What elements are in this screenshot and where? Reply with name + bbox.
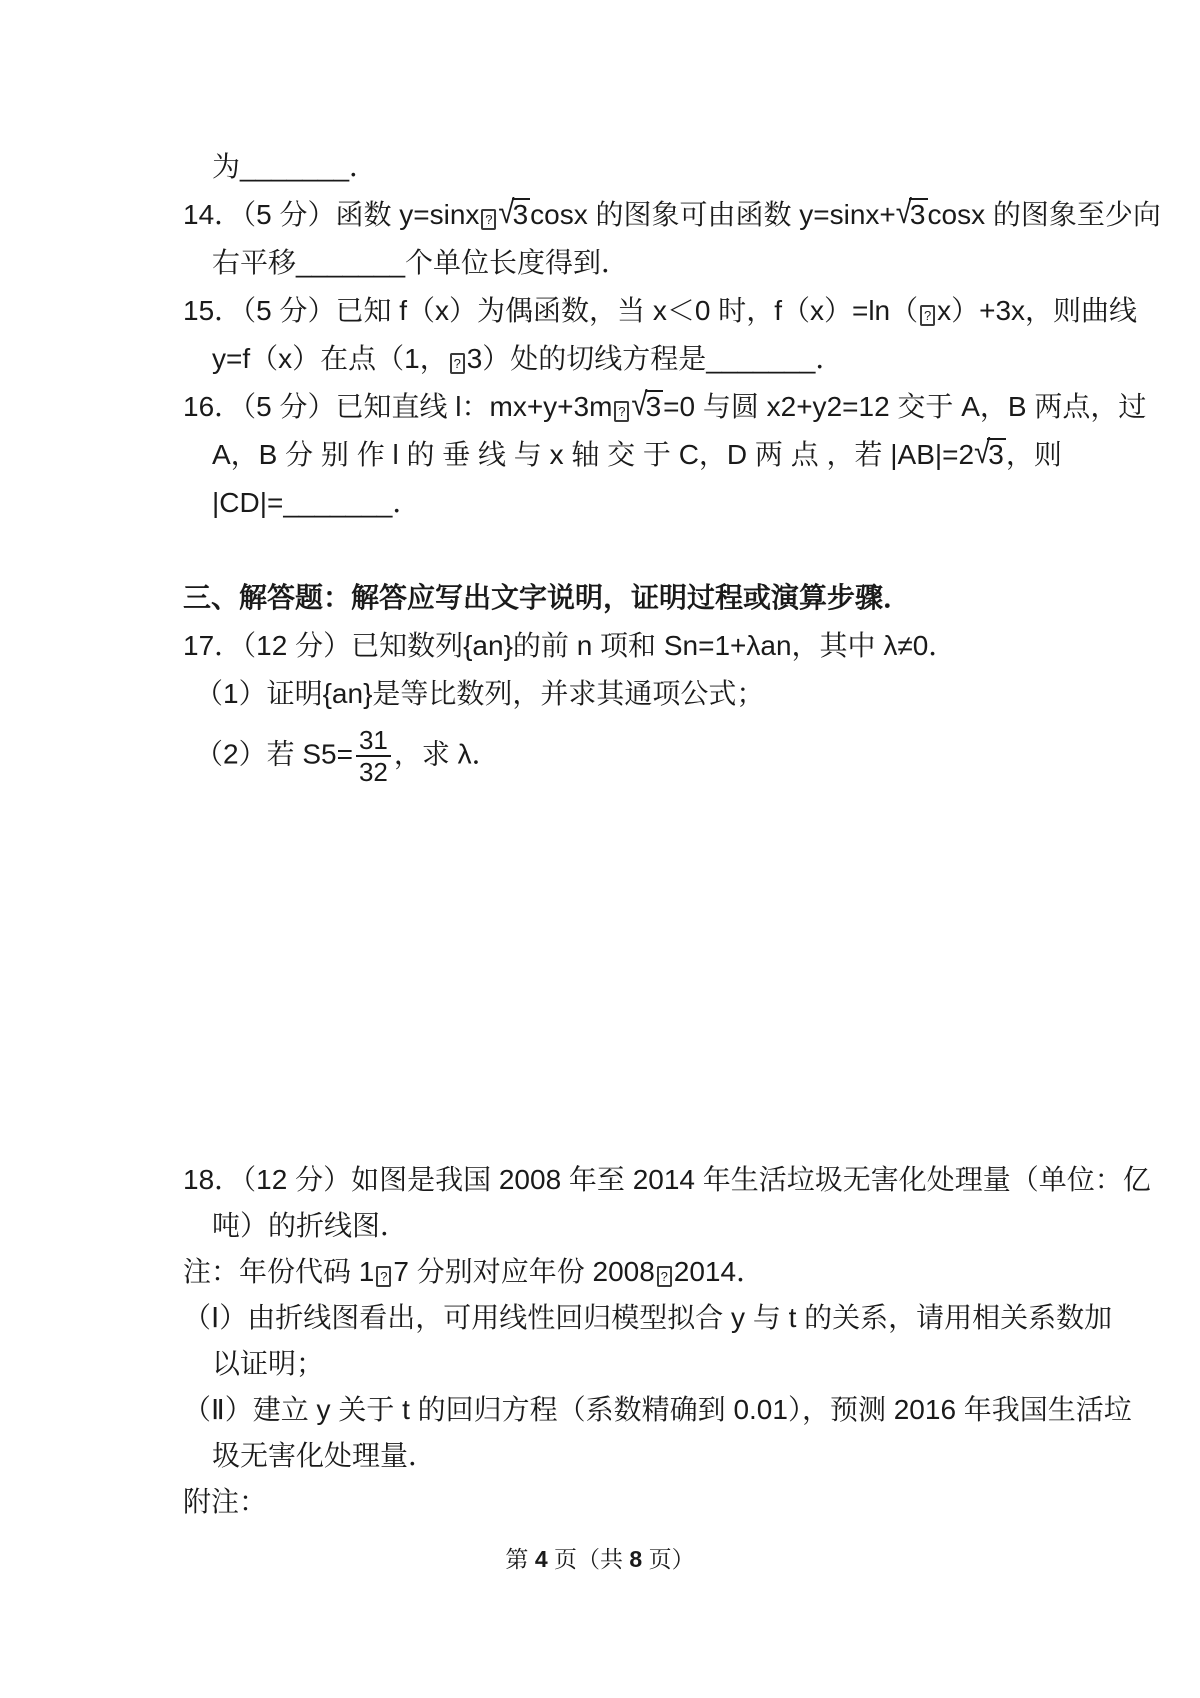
radical-sign-icon: √ [498,194,514,232]
q14-line1: 14．（5 分）函数 y=sinx?√3cosx 的图象可由函数 y=sinx+… [183,198,1160,232]
fraction-denominator: 32 [356,757,391,787]
text-segment: =1+λa [698,630,776,661]
text-segment: 5 [321,738,337,769]
q16-line1: 16．（5 分）已知直线 l：mx+y+3m?√3=0 与圆 x2+y2=12 … [183,390,1160,424]
q18-stem-line1: 18．（12 分）如图是我国 2008 年至 2014 年生活垃圾无害化处理量（… [183,1163,1160,1197]
text-segment: （Ⅰ）由折线图看出，可用线性回归模型拟合 y 与 t 的关系，请用相关系数加 [183,1302,1112,1333]
text-segment: 附注： [183,1486,267,1517]
fraction: 3132 [356,725,391,787]
text-segment: =12 交于 A，B 两点，过 [842,391,1146,422]
text-segment: 圾无害化处理量． [212,1440,436,1471]
q15-line1: 15．（5 分）已知 f（x）为偶函数，当 x＜0 时，f（x）=ln（?x）+… [183,294,1160,328]
text-segment: 8 [629,1546,642,1572]
text-segment: 2 [781,391,797,422]
q18-part2-line1: （Ⅱ）建立 y 关于 t 的回归方程（系数精确到 0.01），预测 2016 年… [183,1393,1160,1427]
text-segment: x）+3x，则曲线 [937,295,1137,326]
text-segment: ，其中 λ≠0． [792,630,957,661]
blank-underline: _______ [283,487,392,518]
text-segment: ． [349,151,377,182]
q18-part2-line2: 圾无害化处理量． [183,1439,1160,1473]
q17-part2: （2）若 S5=3132，求 λ． [183,725,1160,787]
text-segment: 第 [505,1546,534,1572]
text-segment: ． [392,487,420,518]
text-segment: cosx 的图象至少向 [928,199,1161,230]
fraction-numerator: 31 [356,725,391,757]
radical-sign-icon: √ [631,386,647,424]
text-segment: n [683,630,699,661]
text-segment: 右平移 [212,247,296,278]
text-segment: 2014． [674,1256,764,1287]
text-segment: 17．（12 分）已知数列{a [183,630,488,661]
text-segment: 注：年份代码 1 [183,1256,374,1287]
blank-underline: _______ [296,247,405,278]
q18-part1-line1: （Ⅰ）由折线图看出，可用线性回归模型拟合 y 与 t 的关系，请用相关系数加 [183,1301,1160,1335]
q17-part1: （1）证明{an}是等比数列，并求其通项公式； [183,677,1160,711]
q16-line3: |CD|=_______． [183,486,1160,520]
text-segment: 16．（5 分）已知直线 l：mx+y+3m [183,391,612,422]
radical-sign-icon: √ [896,194,912,232]
section-3-heading: 三、解答题：解答应写出文字说明，证明过程或演算步骤． [183,581,1160,615]
missing-glyph-box: ? [450,353,465,374]
text-segment: =0 与圆 x [663,391,780,422]
text-segment: （1）证明{a [195,678,348,709]
q18-appendix-label: 附注： [183,1485,1160,1519]
exam-page: 为_______．14．（5 分）函数 y=sinx?√3cosx 的图象可由函… [0,0,1200,1698]
sqrt-radical: √3 [498,198,530,232]
sqrt-radical: √3 [631,390,663,424]
text-segment: 为 [212,151,240,182]
text-segment: ． [815,343,843,374]
text-segment: 3）处的切线方程是 [467,343,707,374]
text-segment: cosx 的图象可由函数 y=sinx+ [530,199,896,230]
text-segment: n [488,630,504,661]
q16-line2: A，B 分 别 作 l 的 垂 线 与 x 轴 交 于 C，D 两 点 ，若 |… [183,438,1160,472]
q14-line2: 右平移_______个单位长度得到． [183,246,1160,280]
missing-glyph-box: ? [920,305,935,326]
text-segment: n [776,630,792,661]
page-footer: 第 4 页（共 8 页） [0,1541,1200,1574]
text-segment: 18．（12 分）如图是我国 2008 年至 2014 年生活垃圾无害化处理量（… [183,1164,1151,1195]
text-segment: 14．（5 分）函数 y=sinx [183,199,479,230]
text-segment: 以证明； [212,1348,324,1379]
blank-underline: _______ [706,343,815,374]
blank-underline: _______ [240,151,349,182]
text-segment: |CD|= [212,487,283,518]
text-segment: }是等比数列，并求其通项公式； [363,678,764,709]
text-segment: 页） [642,1546,694,1572]
missing-glyph-box: ? [481,209,496,230]
radical-sign-icon: √ [974,434,990,472]
q18-note: 注：年份代码 1?7 分别对应年份 2008?2014． [183,1255,1160,1289]
text-segment: +y [796,391,826,422]
text-segment: = [337,738,353,769]
missing-glyph-box: ? [376,1266,391,1287]
sqrt-radical: √3 [974,438,1006,472]
document-body: 为_______．14．（5 分）函数 y=sinx?√3cosx 的图象可由函… [0,0,1200,1519]
text-segment: n [348,678,364,709]
q18-part1-line2: 以证明； [183,1347,1160,1381]
q18-stem-line2: 吨）的折线图． [183,1209,1160,1243]
text-segment: A，B 分 别 作 l 的 垂 线 与 x 轴 交 于 C，D 两 点 ，若 |… [212,439,974,470]
q15-line2: y=f（x）在点（1，?3）处的切线方程是_______． [183,342,1160,376]
text-segment: 页（共 [548,1546,630,1572]
text-segment: ，则 [1006,439,1062,470]
text-segment: 15．（5 分）已知 f（x）为偶函数，当 x＜0 时，f（x）=ln（ [183,295,918,326]
text-segment: 4 [535,1546,548,1572]
text-segment: }的前 n 项和 S [504,630,683,661]
missing-glyph-box: ? [657,1266,672,1287]
text-segment: （2）若 S [195,738,321,769]
sqrt-radical: √3 [896,198,928,232]
missing-glyph-box: ? [614,401,629,422]
q13-answer-blank: 为_______． [183,150,1160,184]
q17-stem: 17．（12 分）已知数列{an}的前 n 项和 Sn=1+λan，其中 λ≠0… [183,629,1160,663]
text-segment: 个单位长度得到． [405,247,629,278]
text-segment: 三、解答题：解答应写出文字说明，证明过程或演算步骤． [183,582,911,613]
text-segment: y=f（x）在点（1， [212,343,448,374]
text-segment: ，求 λ． [394,738,500,769]
text-segment: 7 分别对应年份 2008 [393,1256,654,1287]
text-segment: 吨）的折线图． [212,1210,408,1241]
text-segment: （Ⅱ）建立 y 关于 t 的回归方程（系数精确到 0.01），预测 2016 年… [183,1394,1132,1425]
text-segment: 2 [827,391,843,422]
